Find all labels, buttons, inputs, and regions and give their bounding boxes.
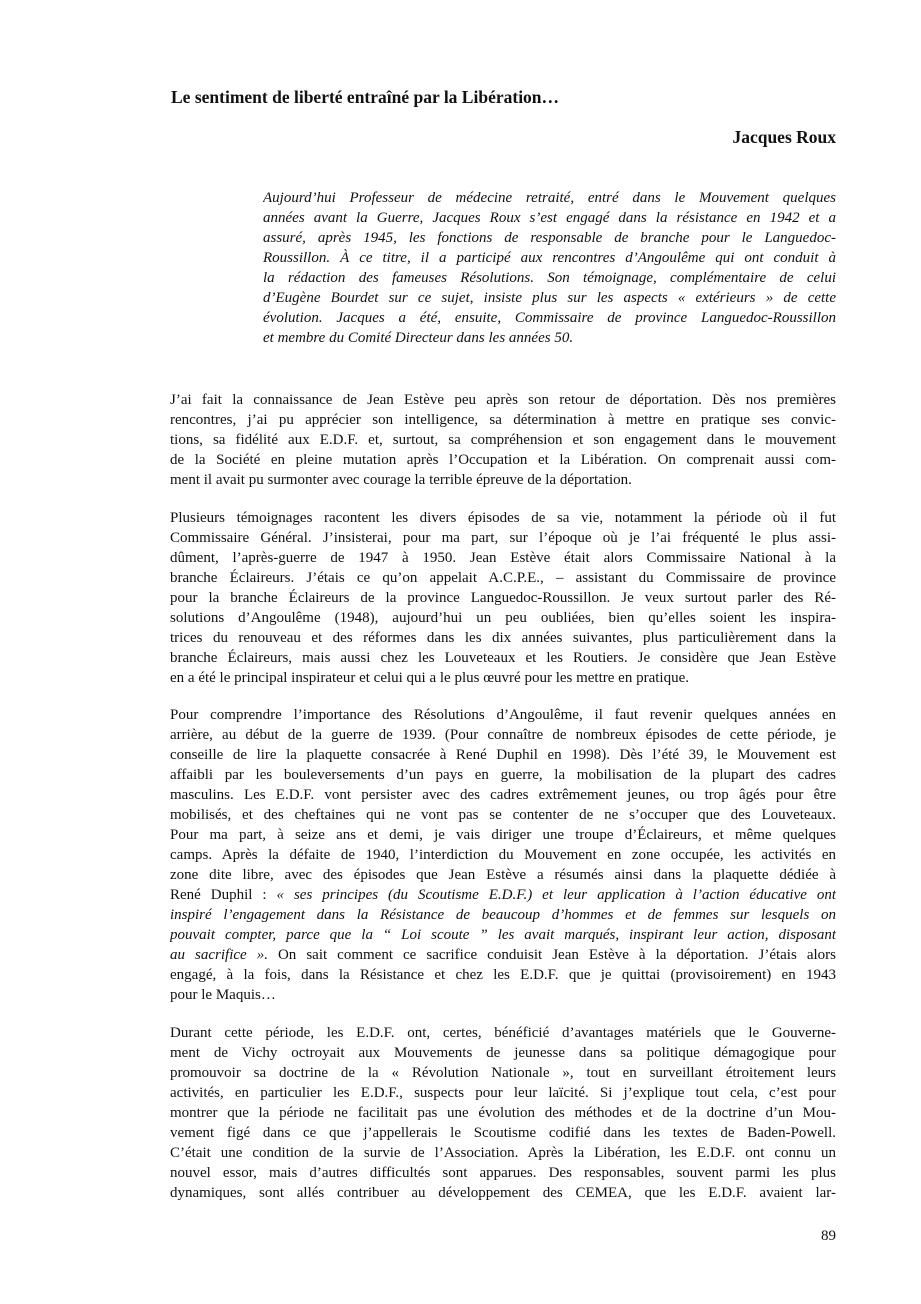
text-line: évolution. Jacques a été, ensuite, Commi… bbox=[263, 308, 836, 328]
body-paragraph: Plusieurs témoignages racontent les dive… bbox=[170, 508, 836, 688]
body-paragraph: Durant cette période, les E.D.F. ont, ce… bbox=[170, 1023, 836, 1203]
document-page: Le sentiment de liberté entraîné par la … bbox=[0, 0, 921, 1304]
text-line: Pour comprendre l’importance des Résolut… bbox=[170, 705, 836, 725]
text-line: de la Société en pleine mutation après l… bbox=[170, 450, 836, 470]
text-line: en a été le principal inspirateur et cel… bbox=[170, 668, 836, 688]
page-number: 89 bbox=[636, 1226, 836, 1246]
author-byline: Jacques Roux bbox=[170, 125, 836, 149]
text-line: branche Éclaireurs. J’étais ce qu’on app… bbox=[170, 568, 836, 588]
body-paragraph: J’ai fait la connaissance de Jean Estève… bbox=[170, 390, 836, 490]
text-line: J’ai fait la connaissance de Jean Estève… bbox=[170, 390, 836, 410]
text-line: pour le Maquis… bbox=[170, 985, 836, 1005]
text-line: conseille de lire la plaquette consacrée… bbox=[170, 745, 836, 765]
text-line: Durant cette période, les E.D.F. ont, ce… bbox=[170, 1023, 836, 1043]
text-line: d’Eugène Bourdet sur ce sujet, insiste p… bbox=[263, 288, 836, 308]
body-paragraph: Pour comprendre l’importance des Résolut… bbox=[170, 705, 836, 1005]
text-line: mobilisés, et des cheftaines qui ne vont… bbox=[170, 805, 836, 825]
text-line: Aujourd’hui Professeur de médecine retra… bbox=[263, 188, 836, 208]
text-line: années avant la Guerre, Jacques Roux s’e… bbox=[263, 208, 836, 228]
text-line: montrer que la période ne facilitait pas… bbox=[170, 1103, 836, 1123]
text-line: C’était une condition de la survie de l’… bbox=[170, 1143, 836, 1163]
text-line: Pour ma part, à seize ans et demi, je va… bbox=[170, 825, 836, 845]
text-line: affaibli par les bouleversements d’un pa… bbox=[170, 765, 836, 785]
text-line: Roussillon. À ce titre, il a participé a… bbox=[263, 248, 836, 268]
text-line: masculins. Les E.D.F. vont persister ave… bbox=[170, 785, 836, 805]
text-line: branche Éclaireurs, mais aussi chez les … bbox=[170, 648, 836, 668]
text-line: ment de Vichy octroyait aux Mouvements d… bbox=[170, 1043, 836, 1063]
text-line: ment il avait pu surmonter avec courage … bbox=[170, 470, 836, 490]
text-line: dûment, l’après-guerre de 1947 à 1950. J… bbox=[170, 548, 836, 568]
text-line: zone dite libre, avec des épisodes que J… bbox=[170, 865, 836, 885]
text-line: et membre du Comité Directeur dans les a… bbox=[263, 328, 836, 348]
text-line: assuré, après 1945, les fonctions de res… bbox=[263, 228, 836, 248]
text-line: la rédaction des fameuses Résolutions. S… bbox=[263, 268, 836, 288]
text-line: pour la branche Éclaireurs de la provinc… bbox=[170, 588, 836, 608]
text-line: René Duphil : « ses principes (du Scouti… bbox=[170, 885, 836, 905]
text-line: pouvait compter, parce que la “ Loi scou… bbox=[170, 925, 836, 945]
text-line: arrière, au début de la guerre de 1939. … bbox=[170, 725, 836, 745]
text-line: promouvoir sa doctrine de la « Révolutio… bbox=[170, 1063, 836, 1083]
body-text: J’ai fait la connaissance de Jean Estève… bbox=[170, 390, 836, 1203]
text-line: rencontres, j’ai pu apprécier son intell… bbox=[170, 410, 836, 430]
text-line: camps. Après la défaite de 1940, l’inter… bbox=[170, 845, 836, 865]
intro-paragraph: Aujourd’hui Professeur de médecine retra… bbox=[263, 188, 836, 348]
text-line: tions, sa fidélité aux E.D.F. et, surtou… bbox=[170, 430, 836, 450]
text-line: vement figé dans ce que j’appellerais le… bbox=[170, 1123, 836, 1143]
text-line: inspiré l’engagement dans la Résistance … bbox=[170, 905, 836, 925]
text-line: au sacrifice ». On sait comment ce sacri… bbox=[170, 945, 836, 965]
text-line: activités, en particulier les E.D.F., su… bbox=[170, 1083, 836, 1103]
text-line: Plusieurs témoignages racontent les dive… bbox=[170, 508, 836, 528]
text-line: trices du renouveau et des réformes dans… bbox=[170, 628, 836, 648]
text-line: dynamiques, sont allés contribuer au dév… bbox=[170, 1183, 836, 1203]
text-line: solutions d’Angoulême (1948), aujourd’hu… bbox=[170, 608, 836, 628]
text-line: Commissaire Général. J’insisterai, pour … bbox=[170, 528, 836, 548]
page-title: Le sentiment de liberté entraîné par la … bbox=[171, 85, 837, 109]
text-line: nouvel essor, mais d’autres difficultés … bbox=[170, 1163, 836, 1183]
text-line: engagé, à la fois, dans la Résistance et… bbox=[170, 965, 836, 985]
